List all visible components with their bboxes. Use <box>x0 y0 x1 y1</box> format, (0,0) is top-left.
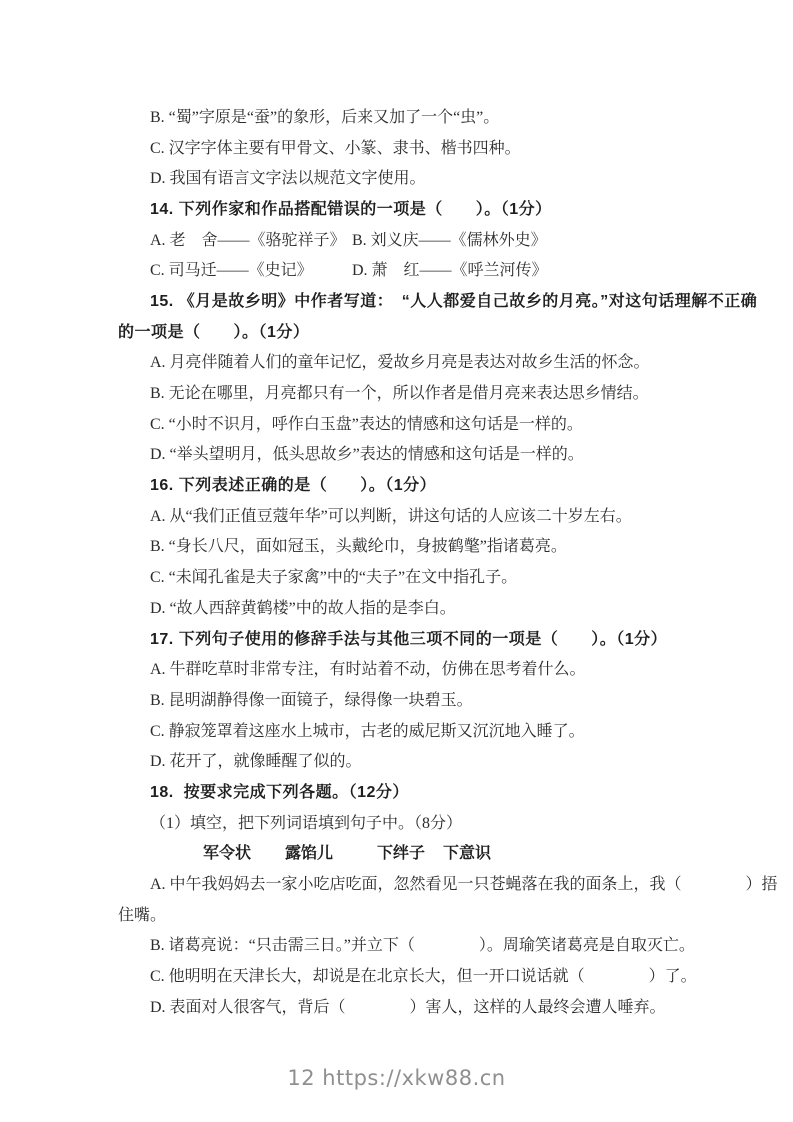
q18-stem: 18. 按要求完成下列各题。（12分） <box>118 775 773 806</box>
q15-stem-line2: 的一项是（ ）。（1分） <box>118 315 773 346</box>
q18-word-bank-item-1: 军令状 <box>203 840 251 863</box>
q15-option-a: A. 月亮伴随着人们的童年记忆，爱故乡月亮是表达对故乡生活的怀念。 <box>118 346 773 377</box>
q15-option-b: B. 无论在哪里，月亮都只有一个，所以作者是借月亮来表达思乡情结。 <box>118 376 773 407</box>
q15-option-d: D. “举头望明月，低头思故乡”表达的情感和这句话是一样的。 <box>118 438 773 469</box>
q15-option-a-text: A. 月亮伴随着人们的童年记忆，爱故乡月亮是表达对故乡生活的怀念。 <box>150 349 650 372</box>
q17-stem: 17. 下列句子使用的修辞手法与其他三项不同的一项是（ ）。（1分） <box>118 622 773 653</box>
q13-option-d: D. 我国有语言文字法以规范文字使用。 <box>118 161 773 192</box>
q14-stem: 14. 下列作家和作品搭配错误的一项是（ ）。（1分） <box>118 192 773 223</box>
q16-option-d: D. “故人西辞黄鹤楼”中的故人指的是李白。 <box>118 591 773 622</box>
q18-item-d-text: D. 表面对人很客气，背后（ ）害人，这样的人最终会遭人唾弃。 <box>150 994 666 1017</box>
q15-option-b-text: B. 无论在哪里，月亮都只有一个，所以作者是借月亮来表达思乡情结。 <box>150 380 649 403</box>
q14-stem-text: 14. 下列作家和作品搭配错误的一项是（ ）。（1分） <box>150 196 552 219</box>
q15-option-c-text: C. “小时不识月，呼作白玉盘”表达的情感和这句话是一样的。 <box>150 411 583 434</box>
q17-option-a: A. 牛群吃草时非常专注，有时站着不动，仿佛在思考着什么。 <box>118 652 773 683</box>
q15-stem-line1: 15. 《月是故乡明》中作者写道： “人人都爱自己故乡的月亮。”对这句话理解不正… <box>118 284 773 315</box>
q14-option-d: D. 萧 红——《呼兰河传》 <box>352 257 548 280</box>
q15-stem-line2-text: 的一项是（ ）。（1分） <box>118 319 309 342</box>
q17-option-d: D. 花开了，就像睡醒了似的。 <box>118 744 773 775</box>
q14-options-row1: A. 老 舍——《骆驼祥子》 B. 刘义庆——《儒林外史》 <box>118 223 773 254</box>
q17-option-b-text: B. 昆明湖静得像一面镜子，绿得像一块碧玉。 <box>150 687 473 710</box>
q16-option-c: C. “未闻孔雀是夫子家禽”中的“夫子”在文中指孔子。 <box>118 560 773 591</box>
exam-content: B. “蜀”字原是“蚕”的象形，后来又加了一个“虫”。 C. 汉字字体主要有甲骨… <box>0 0 793 1021</box>
q13-option-b: B. “蜀”字原是“蚕”的象形，后来又加了一个“虫”。 <box>118 100 773 131</box>
q15-option-d-text: D. “举头望明月，低头思故乡”表达的情感和这句话是一样的。 <box>150 441 584 464</box>
q15-option-c: C. “小时不识月，呼作白玉盘”表达的情感和这句话是一样的。 <box>118 407 773 438</box>
q16-option-d-text: D. “故人西辞黄鹤楼”中的故人指的是李白。 <box>150 595 456 618</box>
q18-word-bank: 军令状 露馅儿 下绊子 下意识 <box>118 837 773 868</box>
q18-subquestion-1: （1）填空，把下列词语填到句子中。（8分） <box>118 806 773 837</box>
q18-item-a-line2-text: 住嘴。 <box>118 902 166 925</box>
q18-item-c-text: C. 他明明在天津长大，却说是在北京长大，但一开口说话就（ ）了。 <box>150 963 697 986</box>
q16-stem-text: 16. 下列表述正确的是（ ）。（1分） <box>150 472 436 495</box>
q16-option-a: A. 从“我们正值豆蔻年华”可以判断，讲这句话的人应该二十岁左右。 <box>118 499 773 530</box>
q17-option-d-text: D. 花开了，就像睡醒了似的。 <box>150 748 362 771</box>
q13-option-c-text: C. 汉字字体主要有甲骨文、小篆、隶书、楷书四种。 <box>150 135 521 158</box>
q18-word-bank-item-2: 露馅儿 <box>285 840 333 863</box>
q18-item-b-text: B. 诸葛亮说：“只击需三日。”并立下（ ）。周瑜笑诸葛亮是自取灭亡。 <box>150 932 695 955</box>
q18-item-a-line2: 住嘴。 <box>118 898 773 929</box>
q13-option-d-text: D. 我国有语言文字法以规范文字使用。 <box>150 165 426 188</box>
q18-item-b: B. 诸葛亮说：“只击需三日。”并立下（ ）。周瑜笑诸葛亮是自取灭亡。 <box>118 929 773 960</box>
q16-stem: 16. 下列表述正确的是（ ）。（1分） <box>118 468 773 499</box>
q18-word-bank-item-4: 下意识 <box>443 840 491 863</box>
q18-word-bank-item-3: 下绊子 <box>377 840 425 863</box>
q14-option-c: C. 司马迁——《史记》 <box>150 257 352 280</box>
q18-item-a-line1: A. 中午我妈妈去一家小吃店吃面，忽然看见一只苍蝇落在我的面条上，我（ ）捂 <box>118 867 773 898</box>
q16-option-b: B. “身长八尺，面如冠玉，头戴纶巾，身披鹤氅”指诸葛亮。 <box>118 530 773 561</box>
page-number-and-url: 12 https://xkw88.cn <box>287 1066 505 1090</box>
q14-option-a: A. 老 舍——《骆驼祥子》 <box>150 227 352 250</box>
q18-subquestion-1-text: （1）填空，把下列词语填到句子中。（8分） <box>150 810 462 833</box>
q13-option-b-text: B. “蜀”字原是“蚕”的象形，后来又加了一个“虫”。 <box>150 104 499 127</box>
q17-option-b: B. 昆明湖静得像一面镜子，绿得像一块碧玉。 <box>118 683 773 714</box>
q16-option-b-text: B. “身长八尺，面如冠玉，头戴纶巾，身披鹤氅”指诸葛亮。 <box>150 533 567 556</box>
q16-option-a-text: A. 从“我们正值豆蔻年华”可以判断，讲这句话的人应该二十岁左右。 <box>150 503 632 526</box>
q16-option-c-text: C. “未闻孔雀是夫子家禽”中的“夫子”在文中指孔子。 <box>150 564 517 587</box>
q17-option-a-text: A. 牛群吃草时非常专注，有时站着不动，仿佛在思考着什么。 <box>150 656 586 679</box>
exam-page: B. “蜀”字原是“蚕”的象形，后来又加了一个“虫”。 C. 汉字字体主要有甲骨… <box>0 0 793 1122</box>
q18-item-c: C. 他明明在天津长大，却说是在北京长大，但一开口说话就（ ）了。 <box>118 959 773 990</box>
q18-stem-text: 18. 按要求完成下列各题。（12分） <box>150 779 409 802</box>
q17-option-c: C. 静寂笼罩着这座水上城市，古老的威尼斯又沉沉地入睡了。 <box>118 714 773 745</box>
q18-item-a-line1-text: A. 中午我妈妈去一家小吃店吃面，忽然看见一只苍蝇落在我的面条上，我（ ）捂 <box>150 871 778 894</box>
q14-option-b: B. 刘义庆——《儒林外史》 <box>352 227 547 250</box>
q13-option-c: C. 汉字字体主要有甲骨文、小篆、隶书、楷书四种。 <box>118 131 773 162</box>
q17-stem-text: 17. 下列句子使用的修辞手法与其他三项不同的一项是（ ）。（1分） <box>150 626 667 649</box>
page-footer: 12 https://xkw88.cn <box>0 1065 793 1091</box>
q17-option-c-text: C. 静寂笼罩着这座水上城市，古老的威尼斯又沉沉地入睡了。 <box>150 718 585 741</box>
q15-stem-line1-text: 15. 《月是故乡明》中作者写道： “人人都爱自己故乡的月亮。”对这句话理解不正… <box>150 288 757 311</box>
q14-options-row2: C. 司马迁——《史记》 D. 萧 红——《呼兰河传》 <box>118 253 773 284</box>
q18-item-d: D. 表面对人很客气，背后（ ）害人，这样的人最终会遭人唾弃。 <box>118 990 773 1021</box>
